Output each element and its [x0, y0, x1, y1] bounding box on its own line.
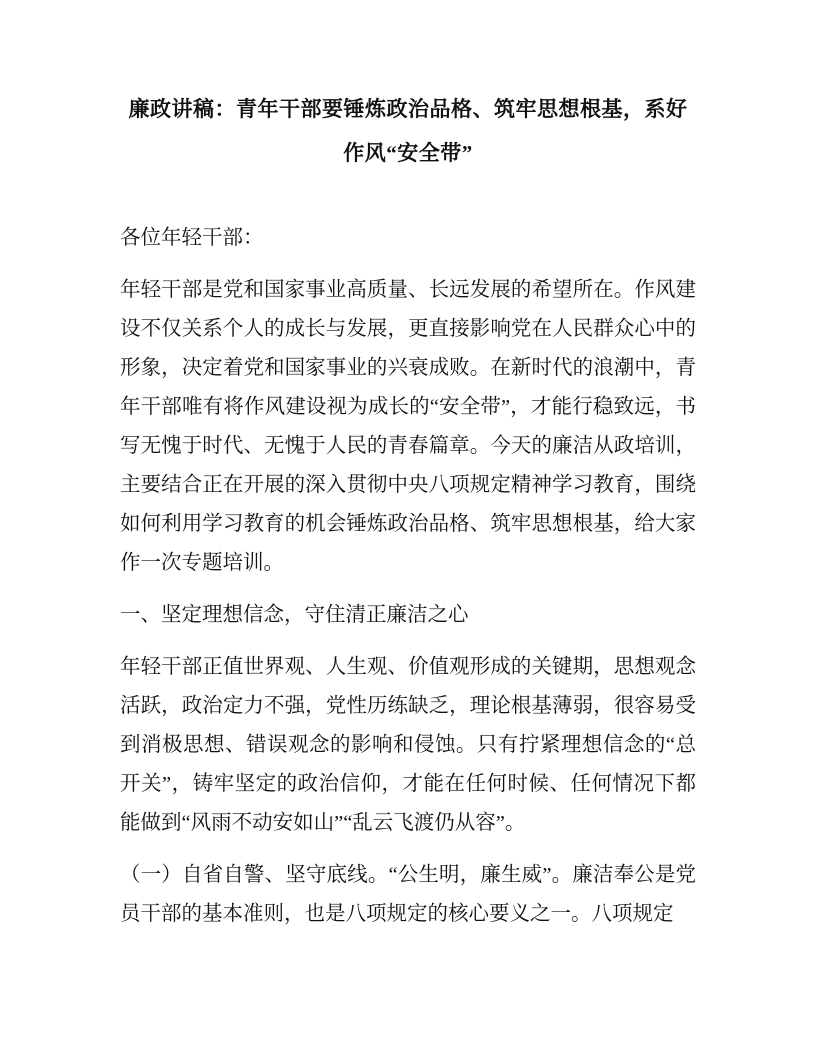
- paragraph-intro: 年轻干部是党和国家事业高质量、长远发展的希望所在。作风建设不仅关系个人的成长与发…: [120, 271, 696, 583]
- document-page: 廉政讲稿：青年干部要锤炼政治品格、筑牢思想根基，系好作风“安全带” 各位年轻干部…: [0, 0, 816, 1056]
- salutation: 各位年轻干部：: [120, 219, 696, 258]
- paragraph-subpoint-1: （一）自省自警、坚守底线。“公生明，廉生威”。廉洁奉公是党员干部的基本准则，也是…: [120, 856, 696, 934]
- document-title: 廉政讲稿：青年干部要锤炼政治品格、筑牢思想根基，系好作风“安全带”: [120, 87, 696, 175]
- paragraph-ideals: 年轻干部正值世界观、人生观、价值观形成的关键期，思想观念活跃，政治定力不强，党性…: [120, 648, 696, 843]
- section-heading-1: 一、坚定理想信念，守住清正廉洁之心: [120, 596, 696, 635]
